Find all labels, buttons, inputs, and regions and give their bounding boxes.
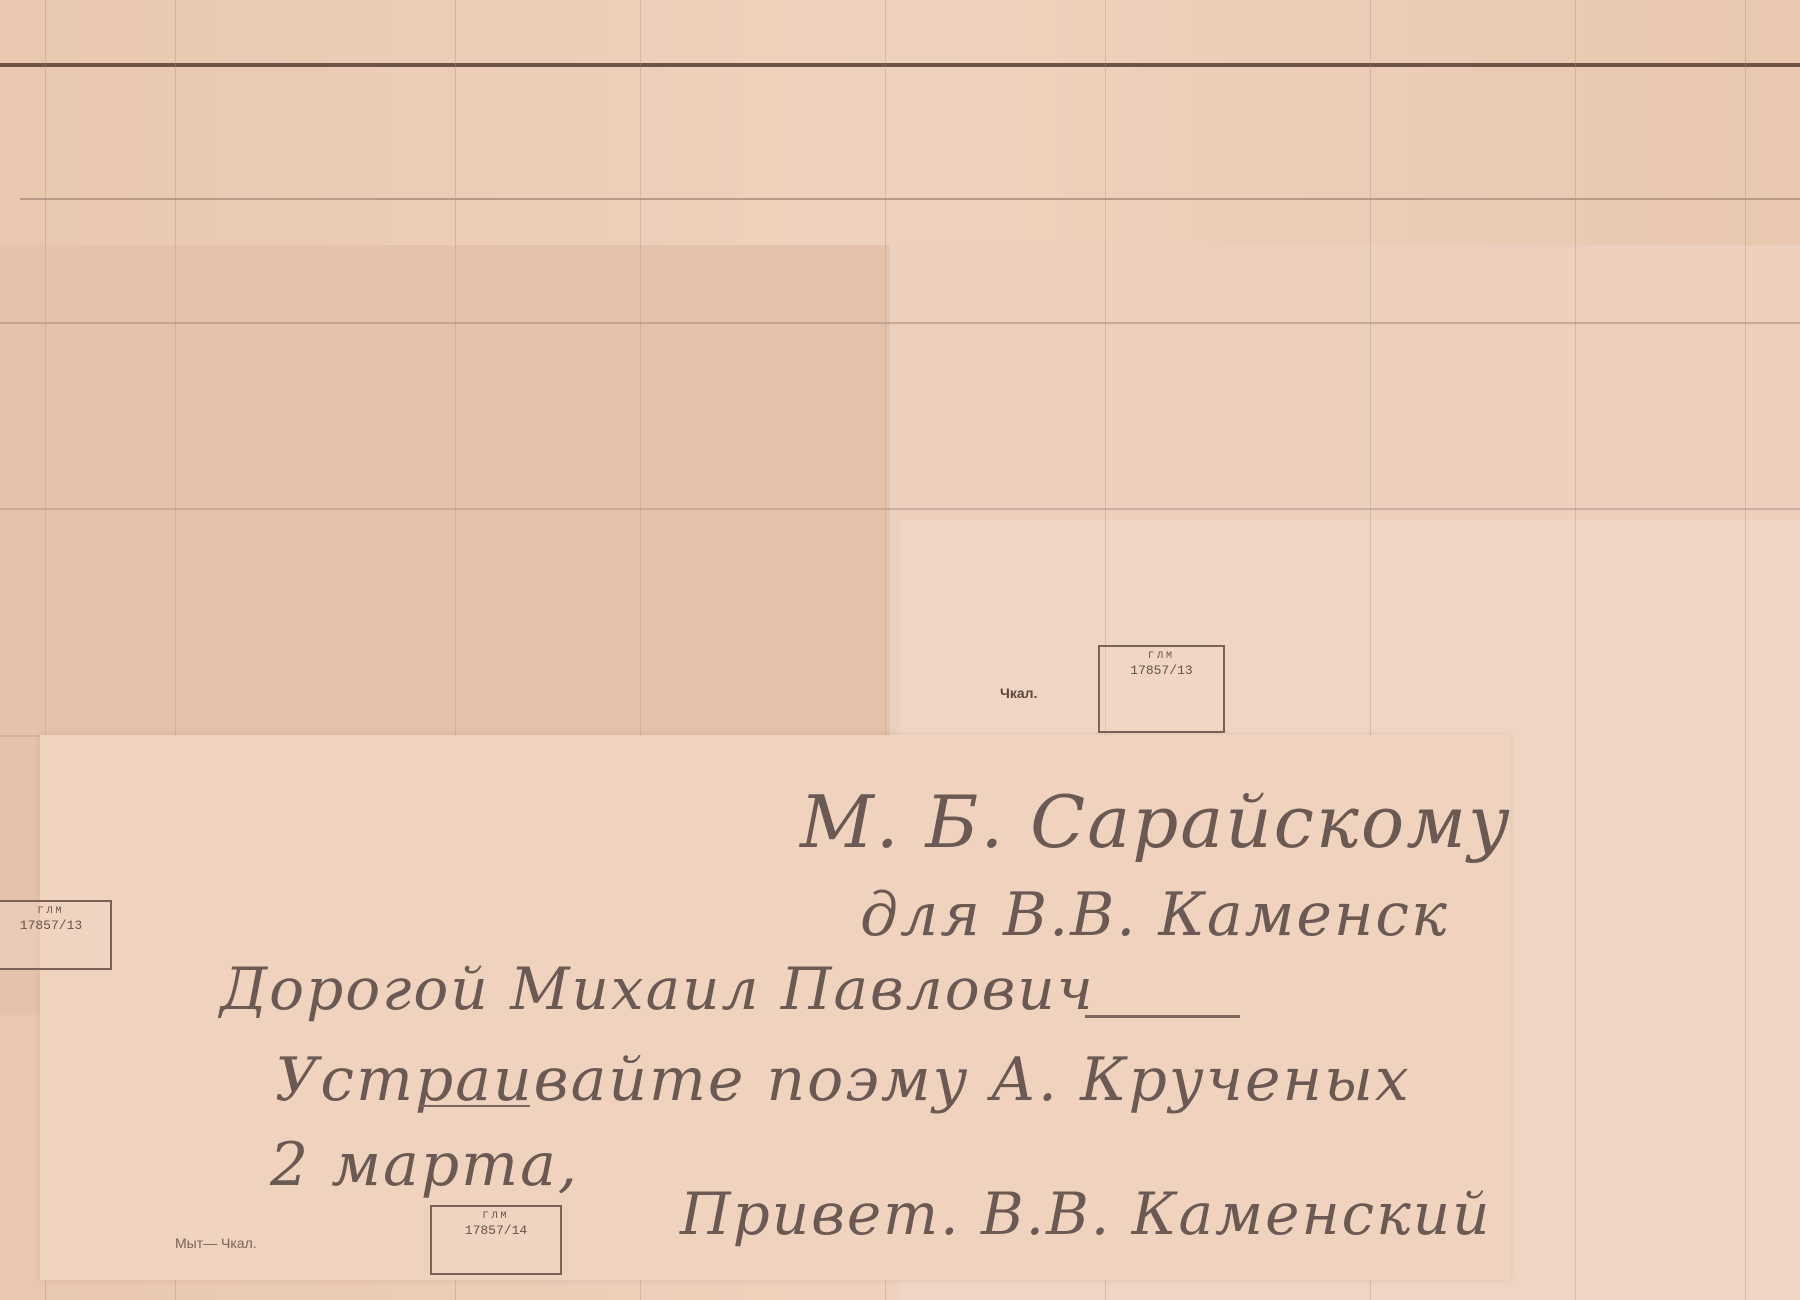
- body-underline: [420, 1105, 530, 1107]
- grid-line: [1575, 0, 1576, 1300]
- addressee-line-2: для В.В. Каменск: [860, 880, 1449, 950]
- archive-stamp: ГЛМ 17857/13: [0, 900, 112, 970]
- ruled-line: [0, 508, 1800, 510]
- ruled-line: [20, 198, 1800, 200]
- signature: Привет. В.В. Каменский: [680, 1180, 1491, 1248]
- stamp-archive: ГЛМ: [0, 905, 106, 919]
- grid-line: [1745, 0, 1746, 1300]
- stamp-archive: ГЛМ: [1104, 650, 1219, 664]
- greeting: Дорогой Михаил Павлович: [220, 955, 1095, 1023]
- addressee-line-1: М. Б. Сарайскому: [800, 780, 1512, 864]
- scanned-document: Чкал. ГЛМ 17857/13 ГЛМ 17857/13 М. Б. Са…: [0, 0, 1800, 1300]
- stamp-prefix: Мыт— Чкал.: [175, 1235, 257, 1251]
- ruled-line-top: [0, 63, 1800, 67]
- archive-stamp: ГЛМ 17857/13: [1098, 645, 1225, 733]
- stamp-number: 17857/14: [436, 1224, 556, 1238]
- archive-stamp: ГЛМ 17857/14: [430, 1205, 562, 1275]
- ruled-line: [0, 322, 1800, 324]
- body-line-2: 2 марта,: [270, 1130, 579, 1200]
- stamp-archive: ГЛМ: [436, 1210, 556, 1224]
- stamp-number: 17857/13: [0, 919, 106, 933]
- stamp-prefix: Чкал.: [1000, 685, 1037, 701]
- greeting-underline: [1085, 1015, 1240, 1018]
- stamp-number: 17857/13: [1104, 664, 1219, 678]
